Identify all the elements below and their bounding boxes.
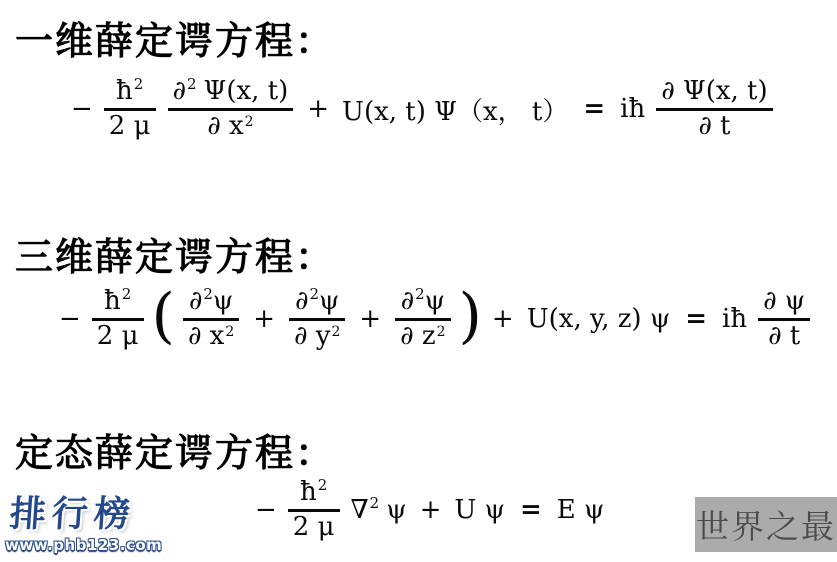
- minus-sign: −: [59, 304, 81, 334]
- partial-z: ∂ z: [400, 321, 435, 351]
- exponent-2: 2: [122, 285, 132, 303]
- exponent-2: 2: [331, 324, 340, 340]
- potential-psi-term: U ψ: [454, 495, 505, 525]
- section-1-heading: 一维薛定谔方程：: [15, 10, 335, 65]
- fraction-hbar2-over-2mu: ħ2 2 μ: [92, 286, 144, 353]
- denominator-2mu: 2 μ: [104, 111, 156, 143]
- equals-sign: =: [583, 94, 605, 124]
- equation-3d-schrodinger: − ħ2 2 μ ( ∂2ψ ∂ x2 + ∂2ψ ∂ y2 + ∂2ψ ∂ z…: [54, 286, 816, 353]
- psi-of-x-t: Ψ(x, t): [204, 76, 289, 106]
- equation-stationary-schrodinger: − ħ2 2 μ ∇2ψ + U ψ = E ψ: [250, 477, 609, 544]
- partial-x: ∂ x: [188, 321, 224, 351]
- minus-sign: −: [255, 495, 277, 525]
- denominator-2mu: 2 μ: [92, 321, 144, 353]
- left-parenthesis: (: [152, 291, 175, 342]
- phb123-logo-url: www.phb123.com: [5, 536, 162, 554]
- exponent-2: 2: [309, 285, 319, 303]
- right-parenthesis: ): [459, 291, 482, 342]
- partial-symbol: ∂: [401, 286, 414, 316]
- fraction-second-derivative-x: ∂2ψ ∂ x2: [183, 286, 239, 353]
- fraction-time-derivative: ∂ Ψ(x, t) ∂ t: [656, 76, 772, 143]
- exponent-2: 2: [203, 285, 213, 303]
- numerator-d2psi: ∂2ψ: [290, 286, 344, 318]
- fraction-time-derivative: ∂ ψ ∂ t: [758, 286, 810, 353]
- partial-x: ∂ x: [207, 111, 243, 141]
- numerator-d2psi: ∂2ψ: [396, 286, 450, 318]
- plus-sign: +: [420, 495, 442, 525]
- hbar-symbol: ħ: [300, 477, 317, 507]
- numerator-d2psi: ∂2Ψ(x, t): [168, 76, 294, 108]
- fraction-second-derivative-z: ∂2ψ ∂ z2: [395, 286, 450, 353]
- partial-symbol: ∂: [295, 286, 308, 316]
- denominator-dt: ∂ t: [763, 321, 805, 353]
- exponent-2: 2: [134, 75, 144, 93]
- numerator-dpsi-dt: ∂ Ψ(x, t): [656, 76, 772, 108]
- plus-sign: +: [307, 94, 329, 124]
- numerator-d2psi: ∂2ψ: [184, 286, 238, 318]
- equation-1d-schrodinger: − ħ2 2 μ ∂2Ψ(x, t) ∂ x2 + U(x, t) Ψ（x， t…: [66, 76, 779, 143]
- partial-symbol: ∂: [189, 286, 202, 316]
- equals-sign: =: [685, 304, 707, 334]
- denominator-dy2: ∂ y2: [289, 321, 345, 353]
- numerator-dpsi: ∂ ψ: [758, 286, 810, 318]
- exponent-2: 2: [415, 285, 425, 303]
- potential-term: U(x, t) Ψ（x， t）: [342, 91, 568, 128]
- psi-symbol: ψ: [425, 286, 445, 316]
- exponent-2: 2: [318, 476, 328, 494]
- hbar-squared: ħ2: [295, 477, 332, 509]
- world-record-watermark: 世界之最: [695, 497, 837, 552]
- denominator-2mu: 2 μ: [288, 512, 340, 544]
- exponent-2: 2: [187, 75, 197, 93]
- section-2-heading: 三维薛定谔方程：: [15, 226, 335, 281]
- energy-psi-term: E ψ: [557, 495, 605, 525]
- plus-sign: +: [253, 304, 275, 334]
- i-hbar-term: iħ: [620, 94, 645, 124]
- fraction-second-derivative-y: ∂2ψ ∂ y2: [289, 286, 345, 353]
- psi-symbol: ψ: [319, 286, 339, 316]
- hbar-symbol: ħ: [104, 286, 121, 316]
- i-hbar-term: iħ: [722, 304, 747, 334]
- fraction-hbar2-over-2mu: ħ2 2 μ: [288, 477, 340, 544]
- section-3-heading: 定态薛定谔方程：: [15, 422, 335, 477]
- minus-sign: −: [71, 94, 93, 124]
- page-background: 一维薛定谔方程： − ħ2 2 μ ∂2Ψ(x, t) ∂ x2 + U(x, …: [0, 0, 837, 562]
- laplacian-term: ∇2ψ: [351, 495, 407, 525]
- hbar-squared: ħ2: [111, 76, 148, 108]
- exponent-2: 2: [370, 494, 380, 512]
- exponent-2: 2: [437, 324, 446, 340]
- partial-symbol: ∂: [173, 76, 186, 106]
- hbar-symbol: ħ: [116, 76, 133, 106]
- phb123-logo-text: 排行榜: [8, 486, 138, 537]
- partial-y: ∂ y: [294, 321, 330, 351]
- psi-symbol: ψ: [386, 495, 406, 525]
- denominator-dz2: ∂ z2: [395, 321, 450, 353]
- fraction-hbar2-over-2mu: ħ2 2 μ: [104, 76, 156, 143]
- exponent-2: 2: [245, 114, 254, 130]
- denominator-dx2: ∂ x2: [183, 321, 239, 353]
- potential-term: U(x, y, z) ψ: [527, 304, 671, 334]
- equals-sign: =: [520, 495, 542, 525]
- plus-sign: +: [359, 304, 381, 334]
- exponent-2: 2: [225, 324, 234, 340]
- world-record-watermark-text: 世界之最: [696, 501, 836, 548]
- psi-symbol: ψ: [213, 286, 233, 316]
- plus-sign: +: [492, 304, 514, 334]
- hbar-squared: ħ2: [99, 286, 136, 318]
- fraction-second-derivative-x: ∂2Ψ(x, t) ∂ x2: [168, 76, 294, 143]
- denominator-dt: ∂ t: [693, 111, 735, 143]
- denominator-dx2: ∂ x2: [202, 111, 258, 143]
- nabla-symbol: ∇: [351, 495, 369, 525]
